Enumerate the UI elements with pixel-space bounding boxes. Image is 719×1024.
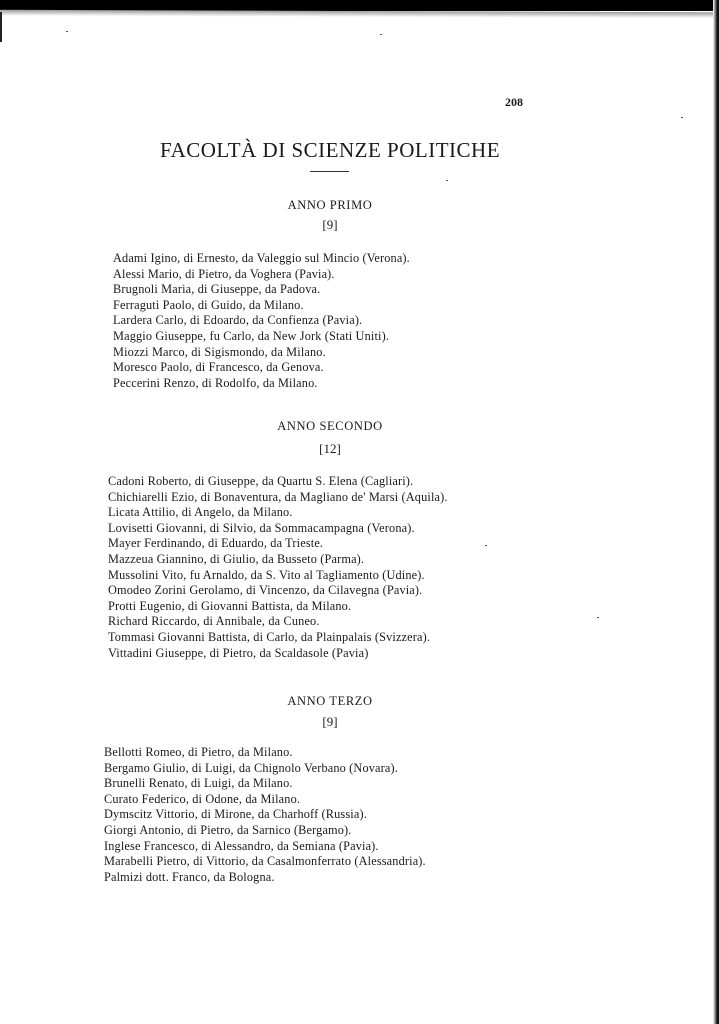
section-heading-anno-secondo: ANNO SECONDO bbox=[0, 419, 660, 434]
list-item: Tommasi Giovanni Battista, di Carlo, da … bbox=[108, 630, 448, 646]
section-heading-anno-terzo: ANNO TERZO bbox=[0, 694, 660, 709]
list-item: Mayer Ferdinando, di Eduardo, da Trieste… bbox=[108, 536, 448, 552]
list-item: Bergamo Giulio, di Luigi, da Chignolo Ve… bbox=[104, 761, 426, 777]
page-top-edge bbox=[0, 10, 719, 19]
title-divider bbox=[310, 171, 349, 172]
list-item: Moresco Paolo, di Francesco, da Genova. bbox=[113, 360, 410, 376]
list-item: Mazzeua Giannino, di Giulio, da Busseto … bbox=[108, 552, 448, 568]
list-item: Brunelli Renato, di Luigi, da Milano. bbox=[104, 776, 426, 792]
list-item: Mussolini Vito, fu Arnaldo, da S. Vito a… bbox=[108, 568, 448, 584]
list-item: Marabelli Pietro, di Vittorio, da Casalm… bbox=[104, 854, 426, 870]
list-item: Maggio Giuseppe, fu Carlo, da New Jork (… bbox=[113, 329, 410, 345]
list-item: Peccerini Renzo, di Rodolfo, da Milano. bbox=[113, 376, 410, 392]
list-item: Adami Igino, di Ernesto, da Valeggio sul… bbox=[113, 251, 410, 267]
list-item: Cadoni Roberto, di Giuseppe, da Quartu S… bbox=[108, 474, 448, 490]
list-item: Richard Riccardo, di Annibale, da Cuneo. bbox=[108, 614, 448, 630]
section-count-anno-secondo: [12] bbox=[0, 441, 660, 457]
page-title: FACOLTÀ DI SCIENZE POLITICHE bbox=[0, 138, 660, 163]
list-item: Bellotti Romeo, di Pietro, da Milano. bbox=[104, 745, 426, 761]
list-item: Brugnoli Maria, di Giuseppe, da Padova. bbox=[113, 282, 410, 298]
list-item: Omodeo Zorini Gerolamo, di Vincenzo, da … bbox=[108, 583, 448, 599]
list-item: Ferraguti Paolo, di Guido, da Milano. bbox=[113, 298, 410, 314]
scan-speck bbox=[380, 34, 382, 35]
list-item: Vittadini Giuseppe, di Pietro, da Scalda… bbox=[108, 646, 448, 662]
list-item: Alessi Mario, di Pietro, da Voghera (Pav… bbox=[113, 267, 410, 283]
list-item: Curato Federico, di Odone, da Milano. bbox=[104, 792, 426, 808]
student-list-anno-terzo: Bellotti Romeo, di Pietro, da Milano. Be… bbox=[104, 745, 426, 885]
scan-left-mark bbox=[0, 12, 2, 42]
list-item: Lardera Carlo, di Edoardo, da Confienza … bbox=[113, 313, 410, 329]
scan-speck bbox=[597, 617, 599, 618]
list-item: Lovisetti Giovanni, di Silvio, da Sommac… bbox=[108, 521, 448, 537]
list-item: Dymscitz Vittorio, di Mirone, da Charhof… bbox=[104, 807, 426, 823]
scan-speck bbox=[446, 180, 448, 181]
list-item: Licata Attilio, di Angelo, da Milano. bbox=[108, 505, 448, 521]
student-list-anno-primo: Adami Igino, di Ernesto, da Valeggio sul… bbox=[113, 251, 410, 391]
scan-right-border bbox=[713, 0, 719, 1024]
list-item: Palmizi dott. Franco, da Bologna. bbox=[104, 870, 426, 886]
section-count-anno-primo: [9] bbox=[0, 217, 660, 233]
list-item: Miozzi Marco, di Sigismondo, da Milano. bbox=[113, 345, 410, 361]
scan-speck bbox=[485, 545, 487, 546]
scan-speck bbox=[66, 31, 68, 32]
list-item: Giorgi Antonio, di Pietro, da Sarnico (B… bbox=[104, 823, 426, 839]
scan-speck bbox=[681, 117, 683, 118]
section-heading-anno-primo: ANNO PRIMO bbox=[0, 198, 660, 213]
list-item: Chichiarelli Ezio, di Bonaventura, da Ma… bbox=[108, 490, 448, 506]
list-item: Protti Eugenio, di Giovanni Battista, da… bbox=[108, 599, 448, 615]
page-number: 208 bbox=[505, 95, 523, 110]
section-count-anno-terzo: [9] bbox=[0, 714, 660, 730]
student-list-anno-secondo: Cadoni Roberto, di Giuseppe, da Quartu S… bbox=[108, 474, 448, 661]
list-item: Inglese Francesco, di Alessandro, da Sem… bbox=[104, 839, 426, 855]
